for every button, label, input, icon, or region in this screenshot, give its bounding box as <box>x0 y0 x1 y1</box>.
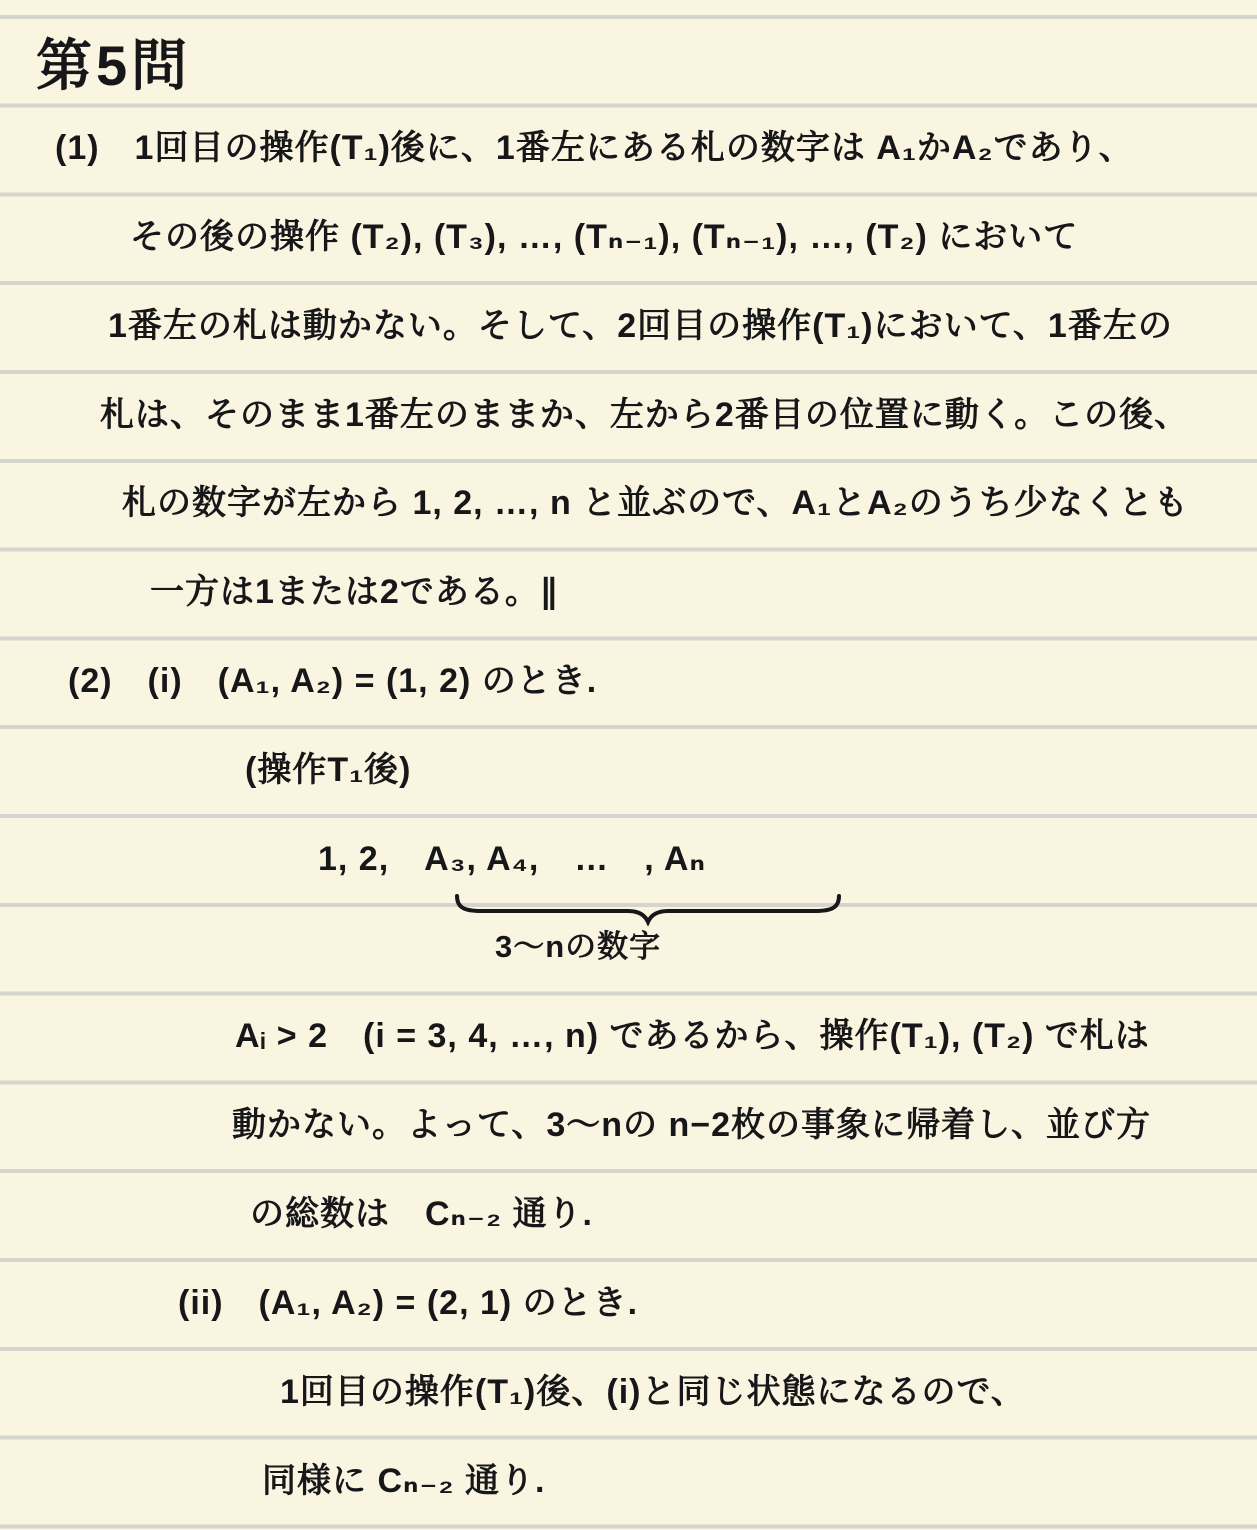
underbrace-label: 3～nの数字 <box>495 925 661 969</box>
case-ii-line-2: 同様に Cₙ₋₂ 通り. <box>262 1459 545 1503</box>
part1-line-2: その後の操作 (T₂), (T₃), …, (Tₙ₋₁), (Tₙ₋₁), …,… <box>130 215 1078 259</box>
part1-line-1: (1) 1回目の操作(T₁)後に、1番左にある札の数字は A₁かA₂であり、 <box>55 126 1134 170</box>
underbrace <box>452 892 844 926</box>
part1-line-4: 札は、そのまま1番左のままか、左から2番目の位置に動く。この後、 <box>100 393 1189 437</box>
case-i-line-1: Aᵢ > 2 (i = 3, 4, …, n) であるから、操作(T₁), (T… <box>235 1014 1150 1058</box>
part2-case-ii-header: (ii) (A₁, A₂) = (2, 1) のとき. <box>178 1281 638 1325</box>
problem-title: 第5問 <box>36 34 191 98</box>
case-ii-line-1: 1回目の操作(T₁)後、(i)と同じ状態になるので、 <box>280 1370 1026 1414</box>
card-sequence: 1, 2, A₃, A₄, … , Aₙ <box>318 837 706 881</box>
case-i-line-2: 動かない。よって、3～nの n−2枚の事象に帰着し、並び方 <box>232 1103 1151 1147</box>
part1-line-6: 一方は1または2である。∥ <box>150 570 558 614</box>
after-operation-note: (操作T₁後) <box>245 748 411 792</box>
case-i-line-3: の総数は Cₙ₋₂ 通り. <box>250 1192 593 1236</box>
part2-case-i-header: (2) (i) (A₁, A₂) = (1, 2) のとき. <box>68 659 597 703</box>
part1-line-3: 1番左の札は動かない。そして、2回目の操作(T₁)において、1番左の <box>108 304 1173 348</box>
card-sequence-braced: A₃, A₄, … , Aₙ <box>424 840 706 878</box>
part1-line-5: 札の数字が左から 1, 2, …, n と並ぶので、A₁とA₂のうち少なくとも <box>122 481 1189 525</box>
card-sequence-prefix: 1, 2, <box>318 840 424 878</box>
